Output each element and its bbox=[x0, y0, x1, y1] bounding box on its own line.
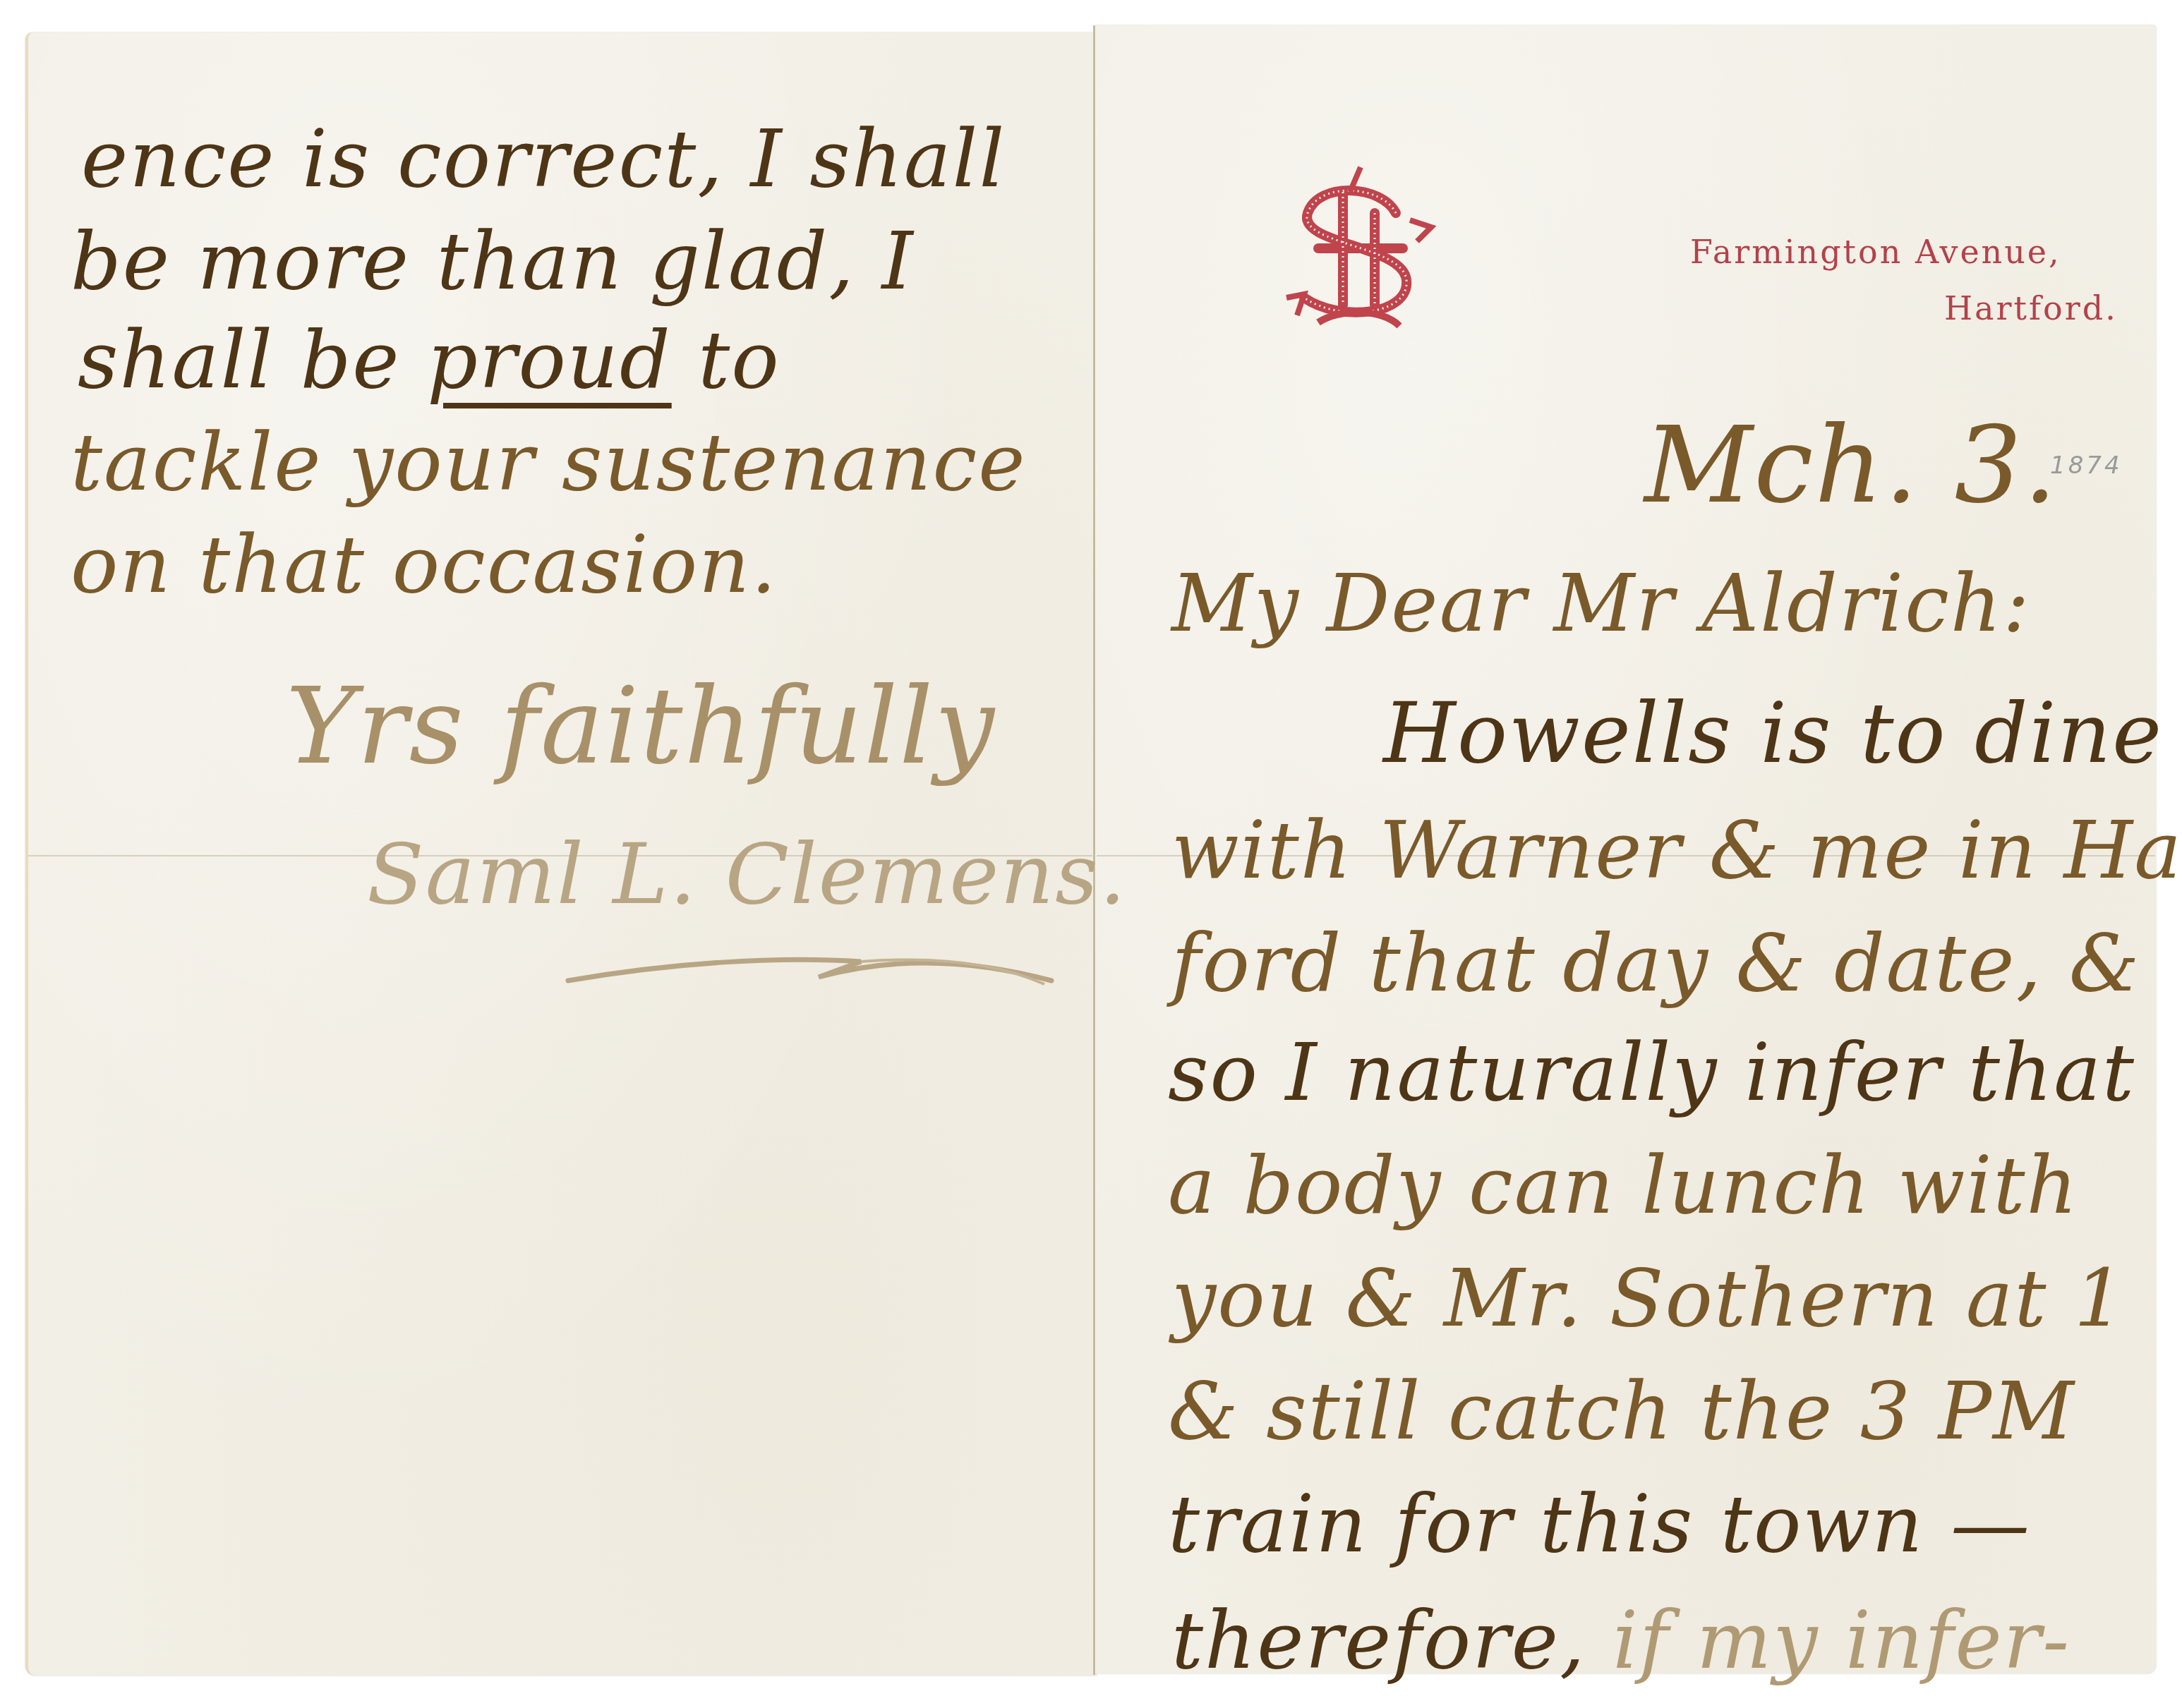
left-line-2: be more than glad, I bbox=[71, 222, 915, 301]
left-line-3: shall be proud to bbox=[78, 321, 780, 400]
left-line-1: ence is correct, I shall bbox=[81, 120, 1006, 199]
signature: Saml L. Clemens. bbox=[367, 832, 1127, 916]
right-line-3: ford that day & date, & bbox=[1171, 924, 2141, 1003]
letterhead-address-street: Farmington Avenue, bbox=[1690, 233, 2061, 271]
right-line-2: with Warner & me in Hart- bbox=[1171, 811, 2182, 890]
right-line-4: so I naturally infer that bbox=[1168, 1034, 2135, 1113]
letter-date: Mch. 3. bbox=[1644, 413, 2059, 519]
right-line-9: therefore, if my infer- bbox=[1171, 1601, 2071, 1680]
salutation: My Dear Mr Aldrich: bbox=[1171, 564, 2031, 643]
closing-yrs-faithfully: Yrs faithfully bbox=[286, 674, 996, 780]
pencil-year-annotation: 1874 bbox=[2050, 452, 2123, 480]
left-line-3-end: to bbox=[672, 315, 780, 406]
right-line-8: train for this town — bbox=[1168, 1485, 2031, 1564]
left-line-5: on that occasion. bbox=[71, 526, 778, 605]
underlined-word-proud: proud bbox=[427, 315, 672, 406]
right-line-5: a body can lunch with bbox=[1168, 1146, 2079, 1225]
right-line-1: Howells is to dine bbox=[1383, 691, 2163, 775]
letterhead-address-city: Hartford. bbox=[1944, 289, 2118, 327]
slc-monogram-icon bbox=[1276, 164, 1438, 333]
right-line-7: & still catch the 3 PM bbox=[1168, 1372, 2075, 1451]
right-line-6: you & Mr. Sothern at 1 bbox=[1171, 1259, 2126, 1338]
right-line-9-end: if my infer- bbox=[1613, 1595, 2071, 1687]
left-line-4: tackle your sustenance bbox=[71, 423, 1026, 502]
left-line-3-start: shall be bbox=[78, 315, 427, 406]
signature-flourish-icon bbox=[565, 949, 1059, 991]
right-line-9-start: therefore, bbox=[1171, 1595, 1613, 1687]
